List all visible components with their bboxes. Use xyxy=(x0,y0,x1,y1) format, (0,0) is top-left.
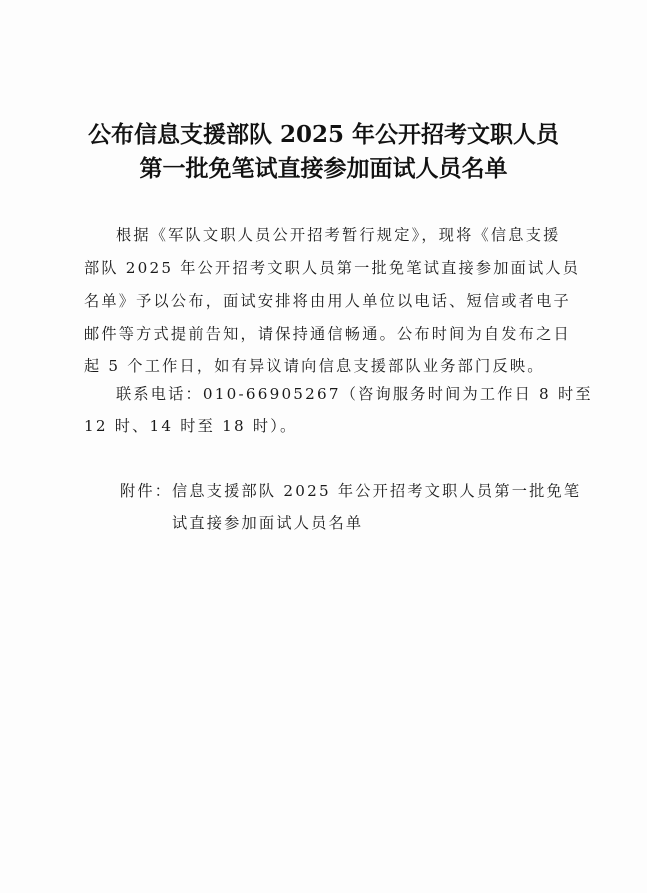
document-title-line-2: 第一批免笔试直接参加面试人员名单 xyxy=(60,153,587,185)
attachment-title-line-1: 信息支援部队 2025 年公开招考文职人员第一批免笔 xyxy=(172,481,581,501)
paragraph-line: 部队 2025 年公开招考文职人员第一批免笔试直接参加面试人员 xyxy=(84,258,574,278)
paragraph-line: 名单》予以公布，面试安排将由用人单位以电话、短信或者电子 xyxy=(84,291,574,311)
attachment-title-line-2: 试直接参加面试人员名单 xyxy=(172,513,363,533)
attachment-label: 附件： xyxy=(120,481,172,501)
contact-hours-line: 12 时、14 时至 18 时）。 xyxy=(84,416,574,436)
paragraph-line: 起 5 个工作日，如有异议请向信息支援部队业务部门反映。 xyxy=(84,356,574,376)
document-page: 公布信息支援部队 2025 年公开招考文职人员 第一批免笔试直接参加面试人员名单… xyxy=(0,0,647,893)
contact-phone-line: 联系电话：010-66905267（咨询服务时间为工作日 8 时至 xyxy=(116,384,606,404)
paragraph-line: 邮件等方式提前告知，请保持通信畅通。公布时间为自发布之日 xyxy=(84,324,574,344)
paragraph-line: 根据《军队文职人员公开招考暂行规定》，现将《信息支援 xyxy=(116,225,606,245)
document-title-line-1: 公布信息支援部队 2025 年公开招考文职人员 xyxy=(60,119,587,151)
